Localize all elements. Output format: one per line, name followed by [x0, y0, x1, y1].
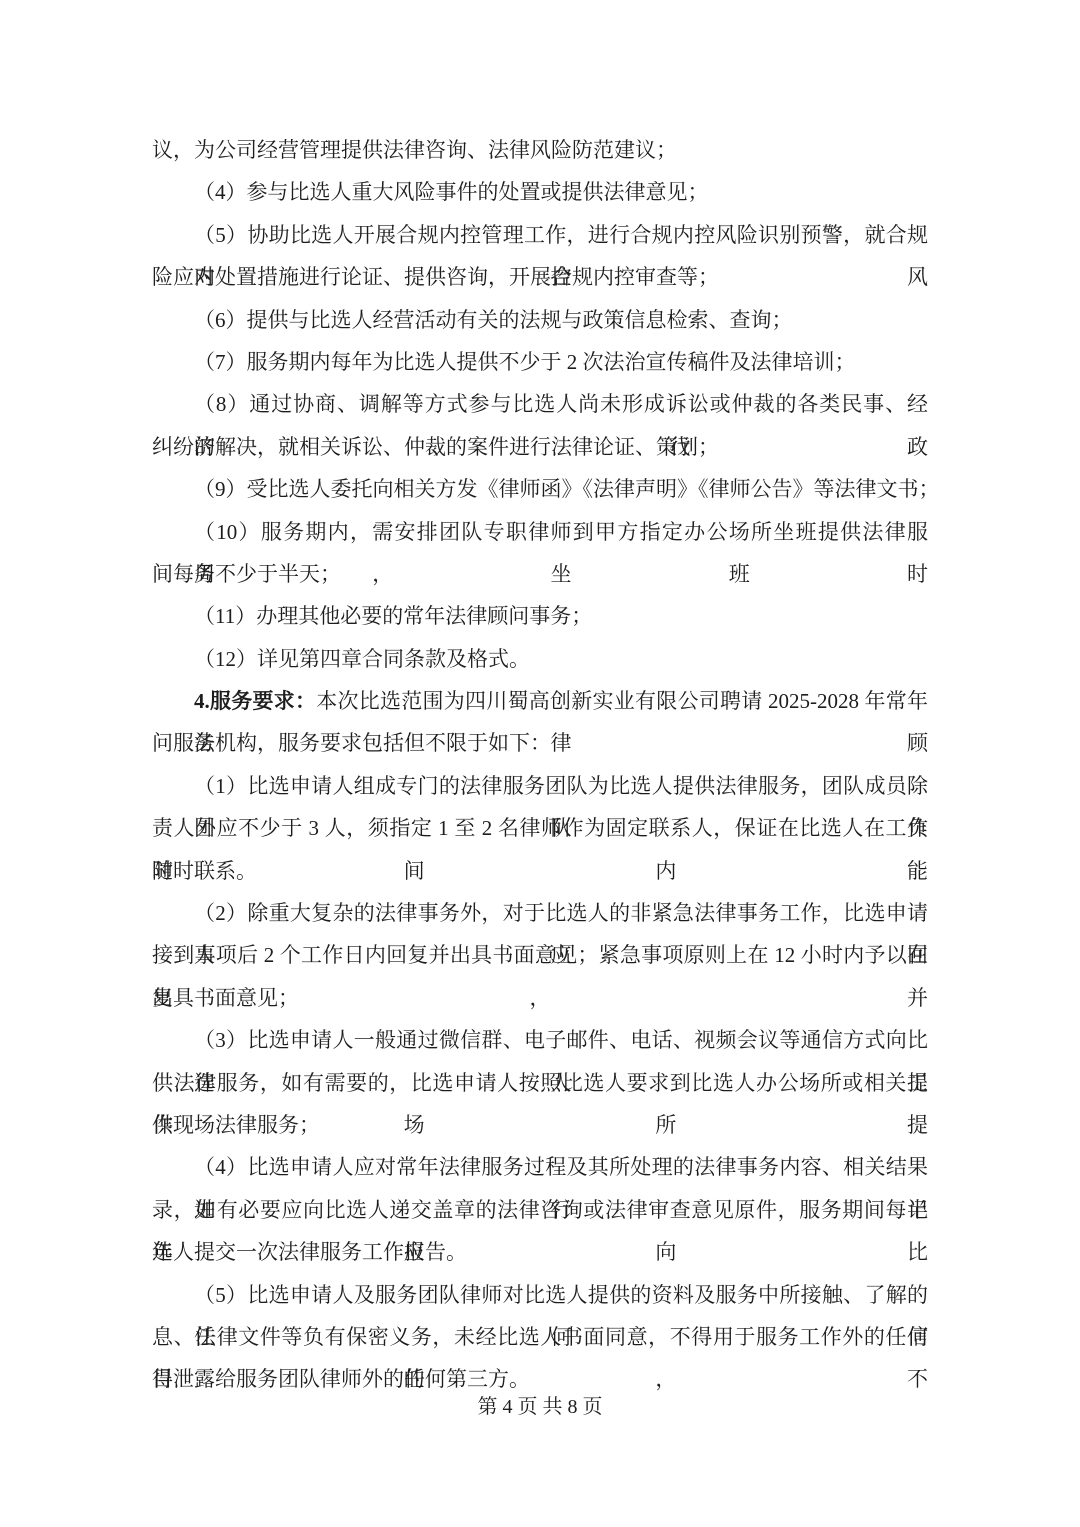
document-line-text: （11）办理其他必要的常年法律顾问事务； [194, 604, 592, 628]
document-line: （3）比选申请人一般通过微信群、电子邮件、电话、视频会议等通信方式向比选人提 [152, 1019, 928, 1061]
document-line: 供法律服务，如有需要的，比选申请人按照比选人要求到比选人办公场所或相关工作场所提 [152, 1062, 928, 1104]
document-line-text: 随时联系。 [152, 859, 257, 883]
document-line: 责人外应不少于 3 人，须指定 1 至 2 名律师作为固定联系人，保证在比选人在… [152, 807, 928, 849]
document-line-text: 责人外应不少于 3 人，须指定 1 至 2 名律师作为固定联系人，保证在比选人在… [152, 816, 928, 882]
document-body: 议，为公司经营管理提供法律咨询、法律风险防范建议；（4）参与比选人重大风险事件的… [152, 129, 928, 1401]
document-line: 接到事项后 2 个工作日内回复并出具书面意见；紧急事项原则上在 12 小时内予以… [152, 934, 928, 976]
document-line-text: 纠纷的解决，就相关诉讼、仲裁的案件进行法律论证、策划； [152, 435, 719, 459]
document-line: （11）办理其他必要的常年法律顾问事务； [152, 595, 928, 637]
document-line-text: （6）提供与比选人经营活动有关的法规与政策信息检索、查询； [194, 308, 793, 332]
page-footer: 第 4 页 共 8 页 [0, 1394, 1080, 1420]
document-line-text: 出具书面意见； [152, 986, 299, 1010]
document-line: （5）协助比选人开展合规内控管理工作，进行合规内控风险识别预警，就合规内控风 [152, 214, 928, 256]
document-line-text: 险应对处置措施进行论证、提供咨询，开展合规内控审查等； [152, 265, 719, 289]
document-line-text: 议，为公司经营管理提供法律咨询、法律风险防范建议； [152, 138, 677, 162]
document-line-text: 间每周不少于半天； [152, 562, 341, 586]
document-line-text: （7）服务期内每年为比选人提供不少于 2 次法治宣传稿件及法律培训； [194, 350, 856, 374]
document-line: （8）通过协商、调解等方式参与比选人尚未形成诉讼或仲裁的各类民事、经济、行政 [152, 383, 928, 425]
document-line: （4）参与比选人重大风险事件的处置或提供法律意见； [152, 171, 928, 213]
document-line: （1）比选申请人组成专门的法律服务团队为比选人提供法律服务，团队成员除团队负 [152, 765, 928, 807]
document-line: （4）比选申请人应对常年法律服务过程及其所处理的法律事务内容、相关结果进行记 [152, 1146, 928, 1188]
page-number: 第 4 页 共 8 页 [478, 1396, 603, 1418]
document-line-text: 供现场法律服务； [152, 1113, 320, 1137]
document-line: （5）比选申请人及服务团队律师对比选人提供的资料及服务中所接触、了解的任何信 [152, 1274, 928, 1316]
document-line: （2）除重大复杂的法律事务外，对于比选人的非紧急法律事务工作，比选申请人应在 [152, 892, 928, 934]
document-line: 息、法律文件等负有保密义务，未经比选人书面同意，不得用于服务工作外的任何目的，不 [152, 1316, 928, 1358]
document-line: 议，为公司经营管理提供法律咨询、法律风险防范建议； [152, 129, 928, 171]
document-line: 4.服务要求：本次比选范围为四川蜀高创新实业有限公司聘请 2025-2028 年… [152, 680, 928, 722]
document-line-text: 选人提交一次法律服务工作报告。 [152, 1240, 467, 1264]
document-page: 议，为公司经营管理提供法律咨询、法律风险防范建议；（4）参与比选人重大风险事件的… [0, 0, 1080, 1527]
document-line: （7）服务期内每年为比选人提供不少于 2 次法治宣传稿件及法律培训； [152, 341, 928, 383]
document-line-text: （4）参与比选人重大风险事件的处置或提供法律意见； [194, 180, 709, 204]
document-line: （12）详见第四章合同条款及格式。 [152, 638, 928, 680]
document-line: （6）提供与比选人经营活动有关的法规与政策信息检索、查询； [152, 299, 928, 341]
document-line-text: 得泄露给服务团队律师外的任何第三方。 [152, 1367, 530, 1391]
document-line: （10）服务期内，需安排团队专职律师到甲方指定办公场所坐班提供法律服务，坐班时 [152, 511, 928, 553]
document-line-text: （9）受比选人委托向相关方发《律师函》《法律声明》《律师公告》等法律文书； [194, 477, 940, 501]
document-line: 录，如有必要应向比选人递交盖章的法律咨询或法律审查意见原件，服务期间每半年应向比 [152, 1189, 928, 1231]
document-line-text: （12）详见第四章合同条款及格式。 [194, 647, 530, 671]
document-line-text: 问服务机构，服务要求包括但不限于如下： [152, 731, 551, 755]
section-heading: 4.服务要求： [194, 689, 316, 713]
document-line: （9）受比选人委托向相关方发《律师函》《法律声明》《律师公告》等法律文书； [152, 468, 928, 510]
